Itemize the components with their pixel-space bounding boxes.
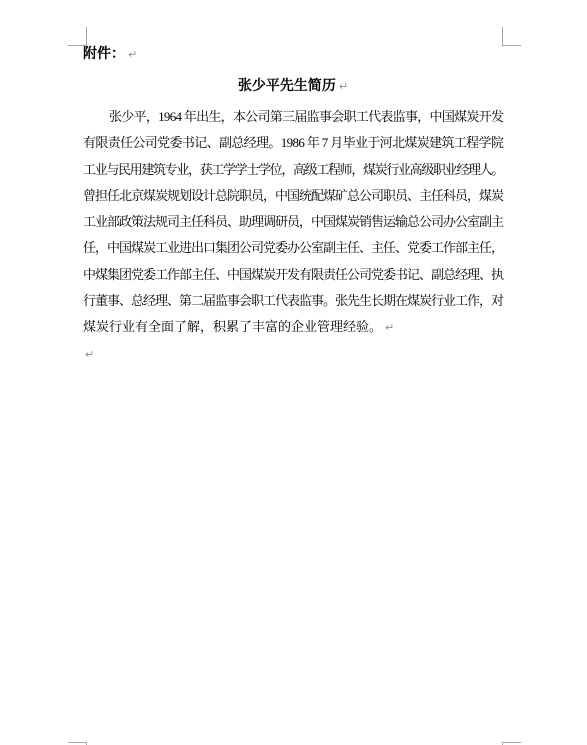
- body-line: 中煤集团党委工作部主任、中国煤炭开发有限责任公司党委书记、副总经理、执: [83, 262, 503, 288]
- body-line: 工业部政策法规司主任科员、助理调研员，中国煤炭销售运输总公司办公室副主: [83, 209, 503, 235]
- paragraph-mark-icon: ↵: [83, 342, 94, 368]
- paragraph-mark-icon: ↵: [336, 74, 348, 100]
- attachment-line: 附件：↵: [83, 45, 137, 65]
- attachment-label: 附件：: [83, 47, 125, 62]
- body-line: 工业与民用建筑专业，获工学学士学位，高级工程师，煤炭行业高级职业经理人。: [83, 157, 503, 183]
- title-line: 张少平先生简历↵: [83, 74, 503, 100]
- body-paragraph: 张少平，1964 年出生，本公司第三届监事会职工代表监事，中国煤炭开发 有限责任…: [83, 104, 503, 367]
- body-line: 有限责任公司党委书记、副总经理。1986 年 7 月毕业于河北煤炭建筑工程学院: [83, 130, 503, 156]
- page-title: 张少平先生简历: [238, 79, 336, 94]
- body-line: 任，中国煤炭工业进出口集团公司党委办公室副主任、主任、党委工作部主任，: [83, 235, 503, 261]
- body-line: 张少平，1964 年出生，本公司第三届监事会职工代表监事，中国煤炭开发: [83, 104, 503, 130]
- text-boundary-mark-top-left: [68, 27, 87, 46]
- document-page: 附件：↵ 张少平先生简历↵ 张少平，1964 年出生，本公司第三届监事会职工代表…: [0, 0, 587, 745]
- body-line: 曾担任北京煤炭规划设计总院职员，中国统配煤矿总公司职员、主任科员，煤炭: [83, 183, 503, 209]
- body-line: 煤炭行业有全面了解，积累了丰富的企业管理经验。↵: [83, 314, 503, 340]
- text-boundary-mark-top-right: [502, 27, 521, 46]
- paragraph-mark-icon: ↵: [125, 45, 137, 65]
- body-line: 行董事、总经理、第二届监事会职工代表监事。张先生长期在煤炭行业工作，对: [83, 288, 503, 314]
- paragraph-mark-icon: ↵: [382, 315, 394, 341]
- body-line-text: 煤炭行业有全面了解，积累了丰富的企业管理经验。: [83, 319, 382, 334]
- empty-paragraph-line: ↵: [83, 341, 503, 367]
